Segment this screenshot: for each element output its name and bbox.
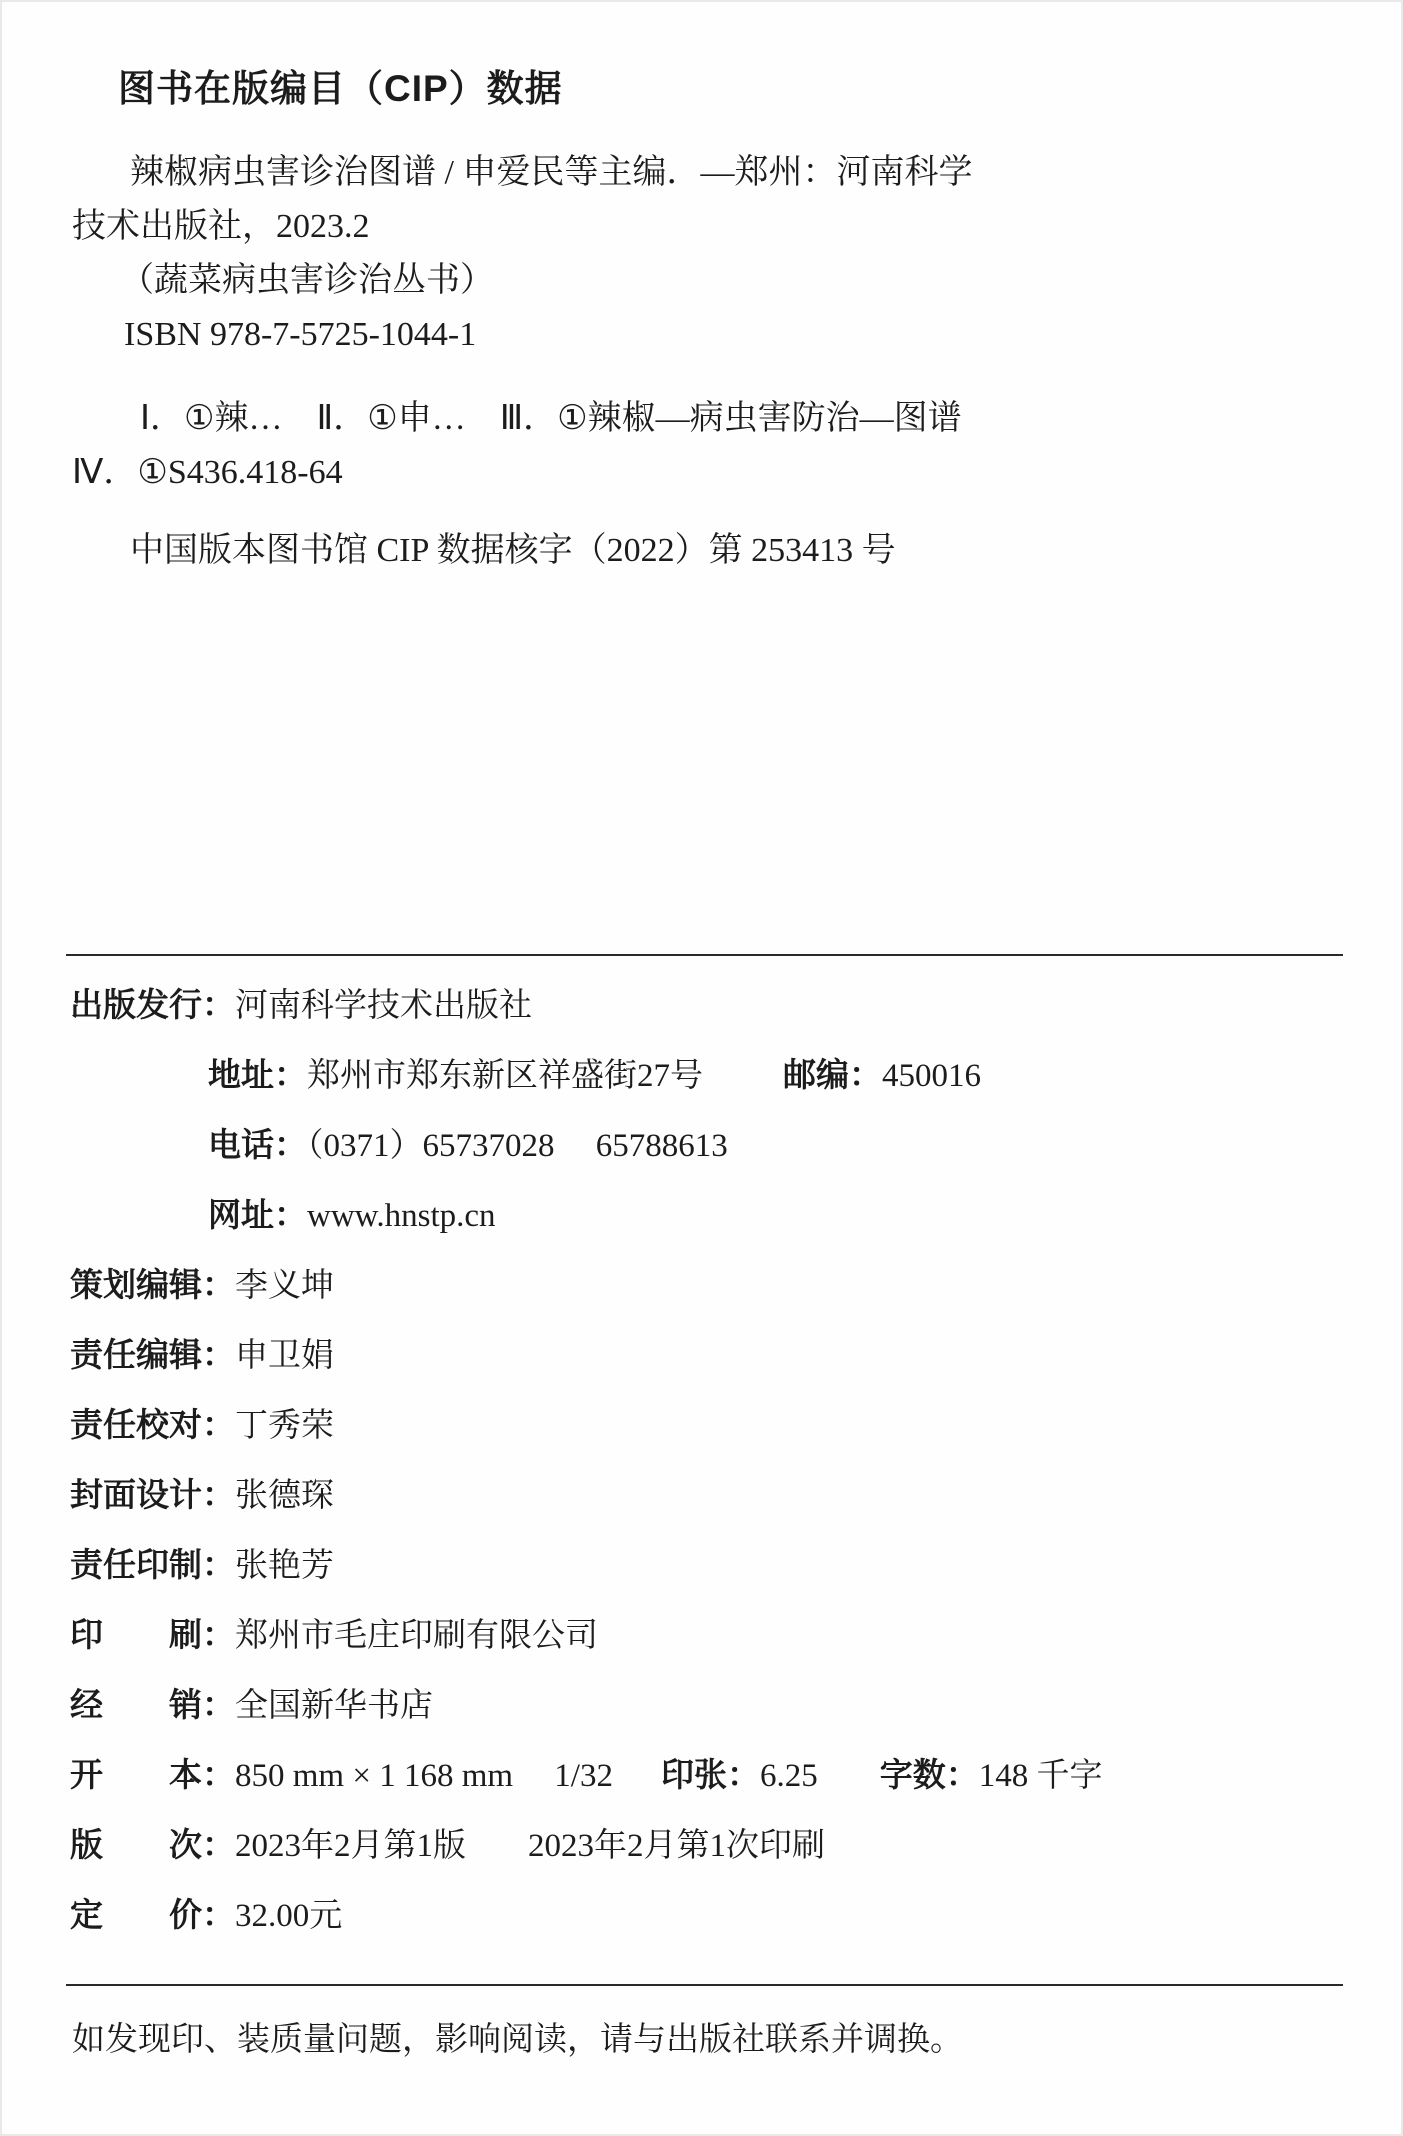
field-value: 丁秀荣: [235, 1408, 334, 1444]
cip-series-line: （蔬菜病虫害诊治丛书）: [72, 254, 1343, 308]
field-value: 2023年2月第1次印刷: [528, 1828, 825, 1864]
copyright-page: 图书在版编目（CIP）数据 辣椒病虫害诊治图谱 / 申爱民等主编．—郑州：河南科…: [0, 0, 1403, 2136]
cip-record-block: 辣椒病虫害诊治图谱 / 申爱民等主编．—郑州：河南科学 技术出版社，2023.2…: [72, 146, 1343, 578]
website-url: www.hnstp.cn: [307, 1198, 496, 1234]
field-label: 版 次：: [70, 1826, 235, 1863]
field-label: 电话：: [208, 1126, 307, 1163]
field-value: 2023年2月第1版: [235, 1828, 466, 1864]
pub-row-print-supervisor: 责任印制：张艳芳: [70, 1530, 1403, 1600]
field-label: 责任校对：: [70, 1406, 235, 1443]
pub-row-format: 开 本：850 mm × 1 168 mm 1/32印张：6.25字数：148 …: [70, 1740, 1403, 1810]
pub-row-planning-editor: 策划编辑：李义坤: [70, 1250, 1403, 1320]
pub-row-edition: 版 次：2023年2月第1版2023年2月第1次印刷: [70, 1810, 1403, 1880]
cip-classification-line-1: Ⅰ．①辣… Ⅱ．①申… Ⅲ．①辣椒—病虫害防治—图谱: [72, 392, 1343, 446]
pub-row-phone: 电话：（0371）65737028 65788613: [70, 1110, 1403, 1180]
cip-registry-line: 中国版本图书馆 CIP 数据核字（2022）第 253413 号: [72, 524, 1343, 578]
cip-isbn-line: ISBN 978-7-5725-1044-1: [72, 308, 1343, 362]
field-label: 封面设计：: [70, 1476, 235, 1513]
field-value: 450016: [882, 1058, 981, 1094]
field-value: 张艳芳: [235, 1548, 334, 1584]
pub-row-price: 定 价：32.00元: [70, 1880, 1403, 1950]
divider-bottom: [66, 1984, 1343, 1986]
field-value: 郑州市郑东新区祥盛街27号: [307, 1058, 703, 1094]
field-label: 开 本：: [70, 1756, 235, 1793]
field-label: 邮编：: [783, 1056, 882, 1093]
pub-row-distributor: 经 销：全国新华书店: [70, 1670, 1403, 1740]
cip-title-line: 辣椒病虫害诊治图谱 / 申爱民等主编．—郑州：河南科学: [72, 146, 1343, 200]
field-value: 李义坤: [235, 1268, 334, 1304]
field-value: 郑州市毛庄印刷有限公司: [235, 1618, 598, 1654]
field-label: 策划编辑：: [70, 1266, 235, 1303]
field-value: 148 千字: [979, 1758, 1103, 1794]
field-label: 网址：: [208, 1196, 307, 1233]
field-value: 河南科学技术出版社: [235, 988, 532, 1024]
field-value: 张德琛: [235, 1478, 334, 1514]
field-value: 32.00元: [235, 1898, 342, 1934]
cip-heading: 图书在版编目（CIP）数据: [118, 58, 1403, 112]
pub-row-proofreader: 责任校对：丁秀荣: [70, 1390, 1403, 1460]
field-value: 850 mm × 1 168 mm 1/32: [235, 1758, 613, 1794]
field-value: 全国新华书店: [235, 1688, 433, 1724]
field-value: 6.25: [760, 1758, 818, 1794]
pub-row-cover-designer: 封面设计：张德琛: [70, 1460, 1403, 1530]
pub-row-responsible-editor: 责任编辑：申卫娟: [70, 1320, 1403, 1390]
publication-info: 出版发行：河南科学技术出版社 地址：郑州市郑东新区祥盛街27号邮编：450016…: [70, 970, 1403, 1950]
field-value: （0371）65737028 65788613: [307, 1128, 728, 1164]
pub-row-website: 网址：www.hnstp.cn: [70, 1180, 1403, 1250]
cip-classification-line-2: Ⅳ．①S436.418-64: [72, 446, 1343, 500]
divider-top: [66, 954, 1343, 956]
field-label: 经 销：: [70, 1686, 235, 1723]
field-value: 申卫娟: [235, 1338, 334, 1374]
field-label: 出版发行：: [70, 986, 235, 1023]
cip-publisher-line: 技术出版社，2023.2: [72, 200, 1343, 254]
quality-notice: 如发现印、装质量问题，影响阅读，请与出版社联系并调换。: [72, 2016, 1343, 2064]
field-label: 印 刷：: [70, 1616, 235, 1653]
field-label: 字数：: [880, 1756, 979, 1793]
field-label: 地址：: [208, 1056, 307, 1093]
pub-row-publisher: 出版发行：河南科学技术出版社: [70, 970, 1403, 1040]
pub-row-address: 地址：郑州市郑东新区祥盛街27号邮编：450016: [70, 1040, 1403, 1110]
field-label: 定 价：: [70, 1896, 235, 1933]
field-label: 责任编辑：: [70, 1336, 235, 1373]
pub-row-printer: 印 刷：郑州市毛庄印刷有限公司: [70, 1600, 1403, 1670]
field-label: 印张：: [661, 1756, 760, 1793]
field-label: 责任印制：: [70, 1546, 235, 1583]
